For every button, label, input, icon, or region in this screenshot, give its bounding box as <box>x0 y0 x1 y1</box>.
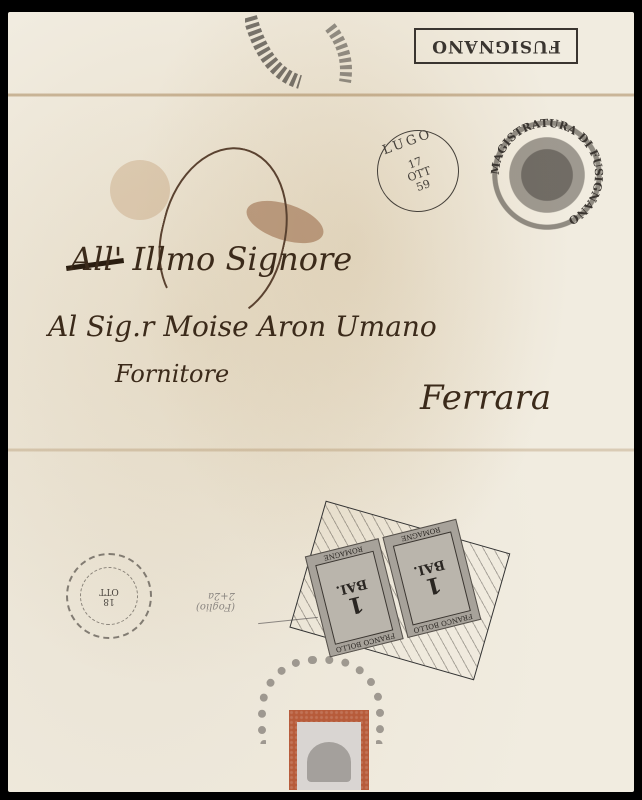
fold-line-top <box>8 93 634 97</box>
receiving-datestamp: 18OTT <box>66 553 152 639</box>
address-city: Ferrara <box>420 378 551 418</box>
top-seal-impression <box>245 12 365 92</box>
wax-seal-paper-wafer <box>297 722 361 790</box>
ink-stain <box>110 160 170 220</box>
stamp-value: 1 <box>346 593 366 618</box>
seal-text-ring: MAGISTRATURA DI FUSIGNANO <box>487 115 607 235</box>
address-line-2: Al Sig.r Moise Aron Umano <box>48 310 437 343</box>
receiving-date: 18OTT <box>80 567 138 625</box>
fold-line-middle <box>8 448 634 452</box>
pencil-annotation: (Foglio) 2+2a <box>196 590 235 612</box>
stamp-value: 1 <box>424 573 444 598</box>
postmark-text: FUSIGNANO <box>431 36 561 56</box>
pencil-catalogue: 2+2a <box>196 590 235 601</box>
svg-text:MAGISTRATURA DI FUSIGNANO: MAGISTRATURA DI FUSIGNANO <box>489 117 605 228</box>
address-line-1: All' Illmo Signore <box>70 240 352 278</box>
fusignano-straight-line-postmark: FUSIGNANO <box>414 28 578 64</box>
address-line-3: Fornitore <box>115 360 229 388</box>
pencil-note: (Foglio) <box>196 601 235 612</box>
